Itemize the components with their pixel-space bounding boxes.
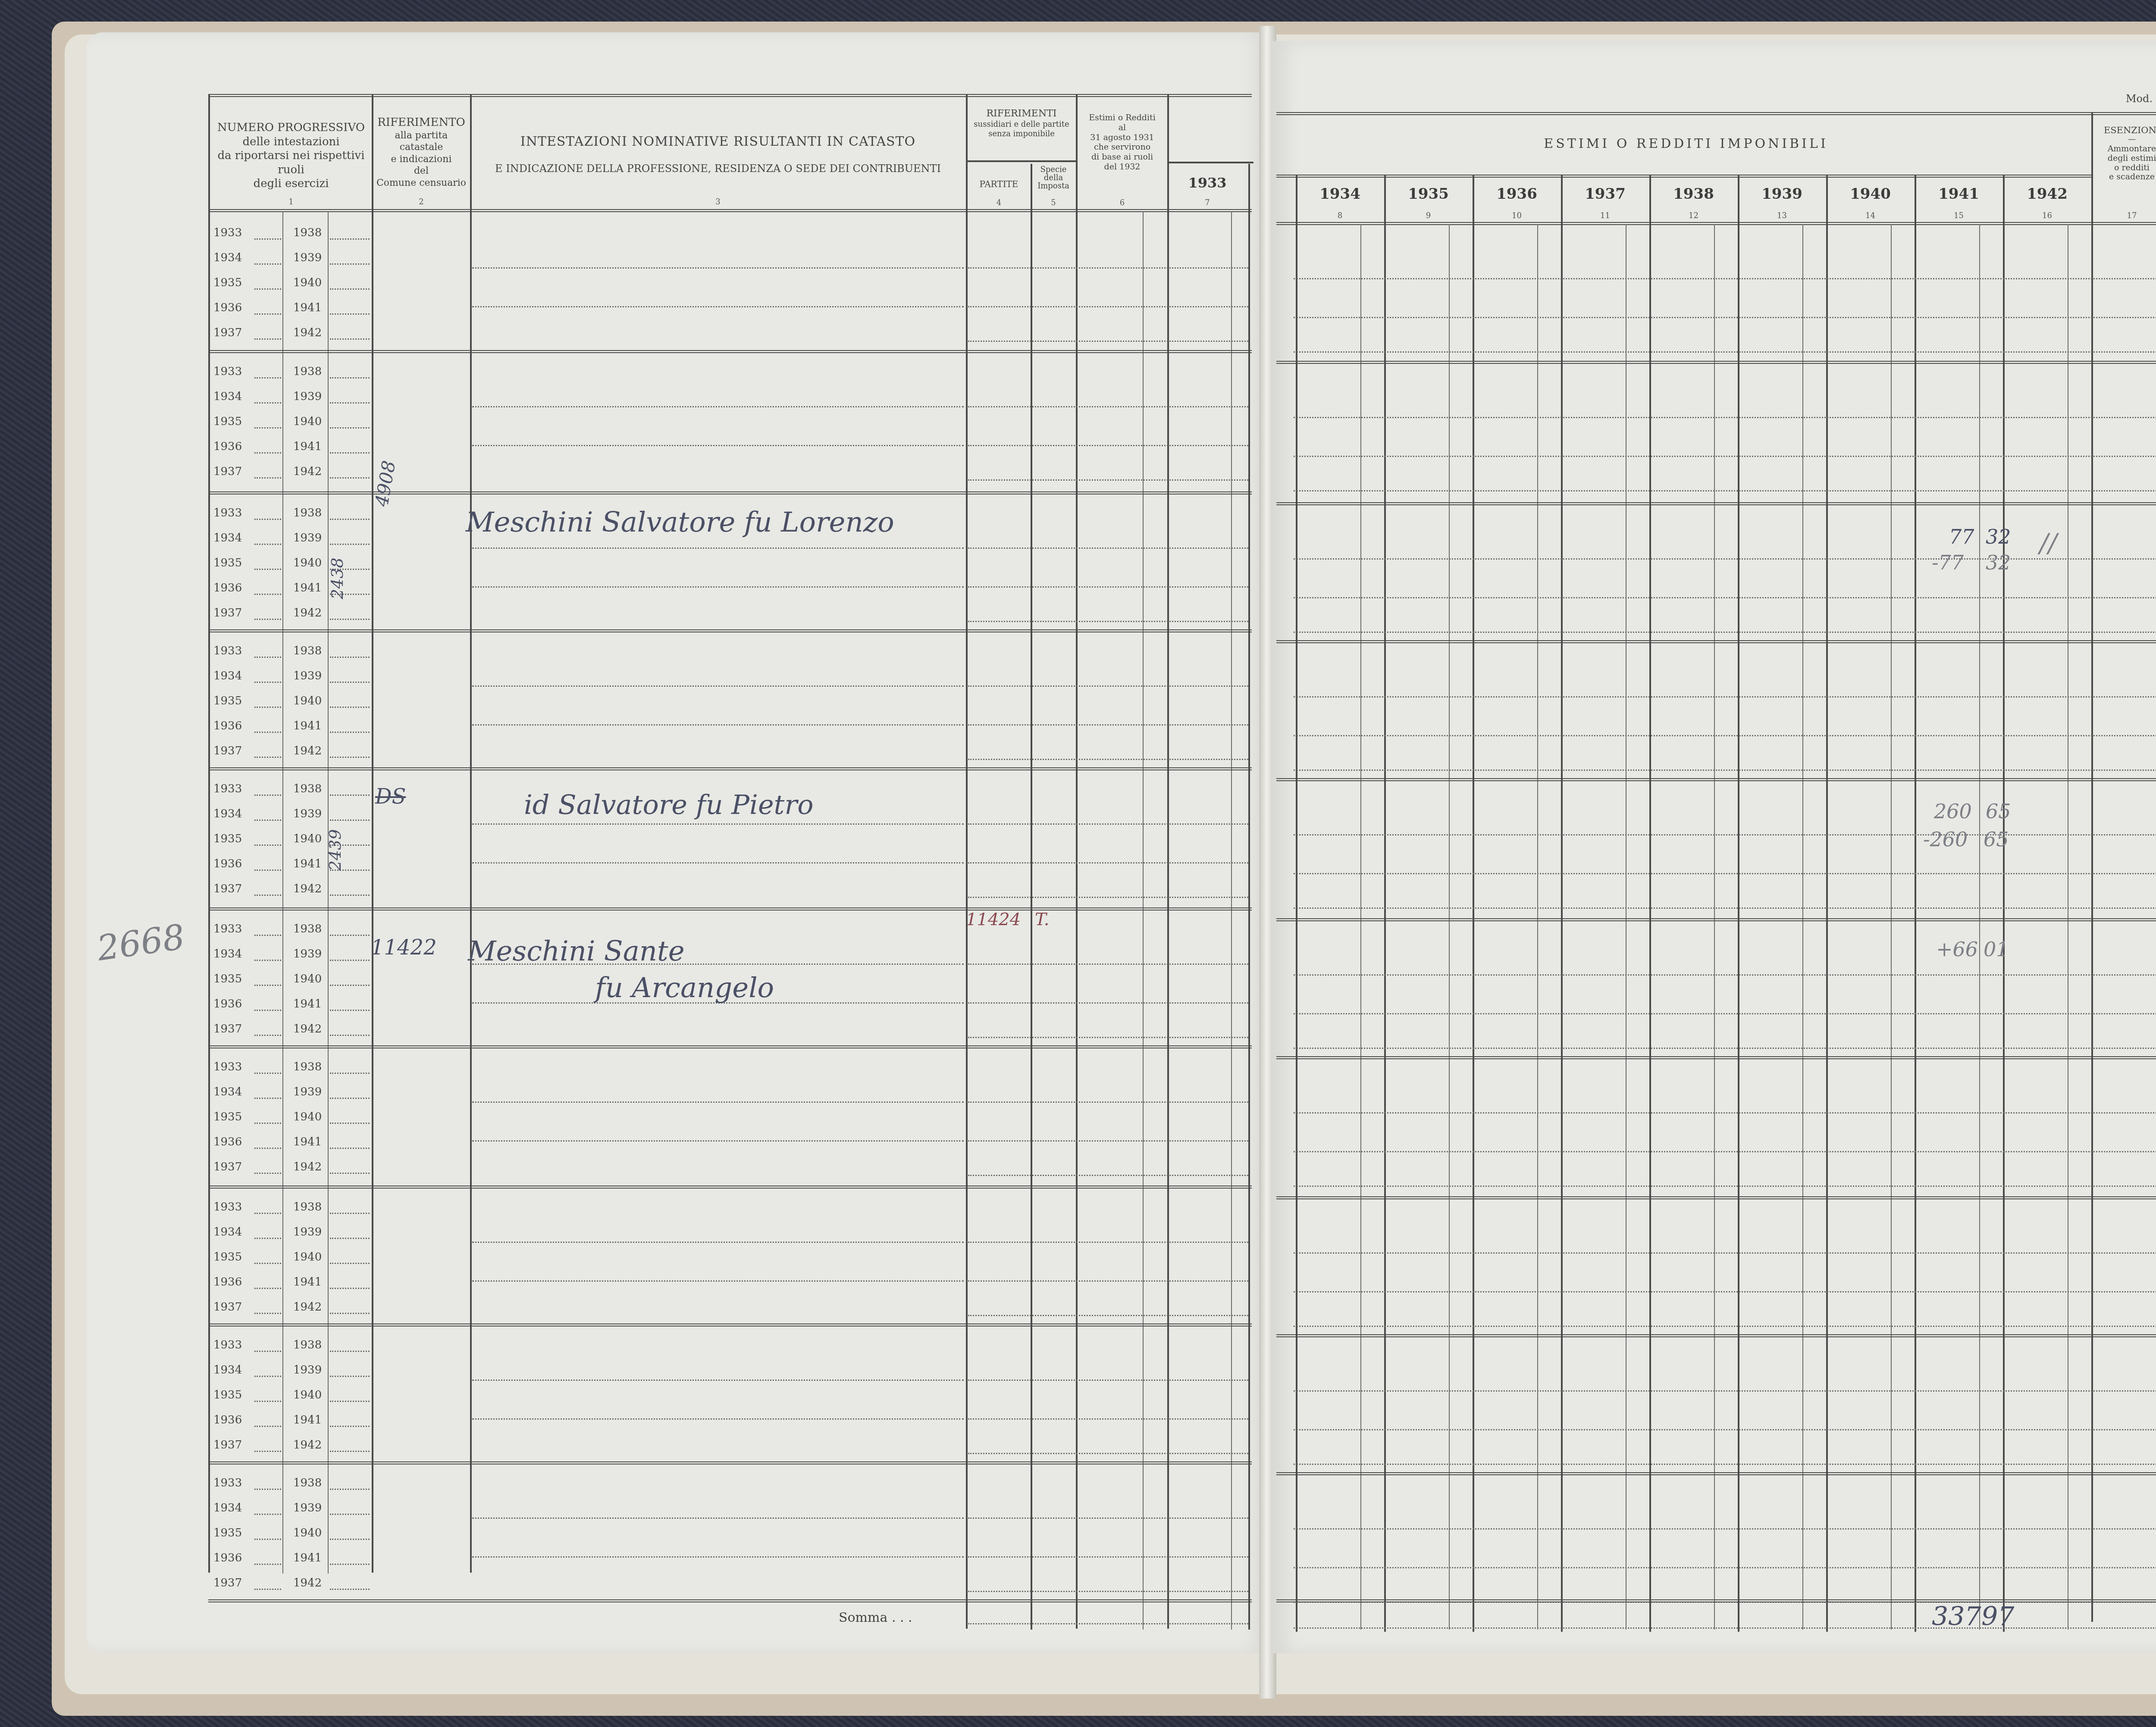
- cent-subcol-sep: [1537, 224, 1538, 1630]
- column-number: 6: [1078, 198, 1166, 207]
- year-label-left: 1934: [213, 948, 242, 960]
- value-dotted-line: [1294, 278, 2156, 279]
- year-label-right: 1940: [293, 557, 322, 569]
- year-label-right: 1942: [293, 1023, 322, 1036]
- dotted-fill: [330, 757, 370, 758]
- entry-correction-1941-lire: -77: [1932, 551, 1964, 574]
- column-number: 14: [1826, 211, 1915, 220]
- value-dotted-line: [968, 1140, 1248, 1142]
- col-sep: [2003, 175, 2005, 1632]
- block-separator: [1276, 1056, 2156, 1059]
- year-label-right: 1941: [293, 582, 322, 594]
- dotted-fill: [330, 1098, 370, 1099]
- dotted-fill: [330, 402, 370, 404]
- entry-progressive-note: 2439: [326, 829, 345, 871]
- table-bottom-border: [1276, 1599, 2156, 1602]
- year-label-right: 1938: [293, 644, 322, 657]
- block-separator: [1276, 778, 2156, 781]
- year-label-left: 1937: [213, 882, 242, 895]
- value-dotted-line: [968, 862, 1248, 863]
- entry-name: Meschini Sante: [468, 935, 685, 967]
- dotted-fill: [254, 845, 281, 846]
- column-number: 7: [1169, 198, 1246, 207]
- dotted-fill: [330, 1426, 370, 1427]
- somma-dotted-line: [968, 1623, 1248, 1624]
- name-dotted-line: [472, 306, 964, 307]
- year-label-left: 1933: [213, 1061, 242, 1073]
- year-label-left: 1936: [213, 582, 242, 594]
- block-separator: [1276, 1472, 2156, 1475]
- dotted-fill: [330, 1313, 370, 1314]
- col-sep: [1296, 175, 1297, 1632]
- value-dotted-line: [968, 1380, 1248, 1381]
- value-dotted-line: [1294, 1252, 2156, 1254]
- header-year-1939: 1939: [1738, 185, 1826, 203]
- dotted-fill: [254, 1173, 281, 1174]
- value-dotted-line: [1294, 417, 2156, 418]
- dotted-fill: [254, 1148, 281, 1149]
- dotted-fill: [330, 1173, 370, 1174]
- value-dotted-line: [968, 479, 1248, 481]
- year-label-right: 1939: [293, 948, 322, 960]
- dotted-fill: [254, 452, 281, 454]
- dotted-fill: [254, 402, 281, 404]
- year-label-right: 1940: [293, 1527, 322, 1539]
- block-separator: [208, 350, 1252, 353]
- dotted-fill: [330, 682, 370, 683]
- header-year-1940: 1940: [1826, 185, 1915, 203]
- year-label-right: 1939: [293, 807, 322, 820]
- year-label-right: 1939: [293, 251, 322, 264]
- year-label-left: 1935: [213, 276, 242, 289]
- value-dotted-line: [1294, 1429, 2156, 1430]
- dotted-fill: [254, 707, 281, 708]
- cent-subcol-sep: [1360, 224, 1361, 1630]
- dotted-fill: [330, 1148, 370, 1149]
- dotted-fill: [254, 569, 281, 570]
- block-separator: [208, 1461, 1252, 1464]
- dotted-fill: [330, 452, 370, 454]
- block-separator: [1276, 918, 2156, 921]
- entry-correction-1941-cent: 32: [1986, 551, 2011, 574]
- table-top-border: [1276, 112, 2156, 115]
- value-dotted-line: [1294, 873, 2156, 874]
- year-label-left: 1933: [213, 507, 242, 519]
- dotted-fill: [330, 288, 370, 290]
- dotted-fill: [254, 1073, 281, 1074]
- block-separator: [1276, 502, 2156, 505]
- dotted-fill: [254, 338, 281, 340]
- year-label-left: 1936: [213, 1276, 242, 1289]
- year-label-left: 1937: [213, 1439, 242, 1452]
- dotted-fill: [330, 960, 370, 961]
- year-label-left: 1937: [213, 745, 242, 757]
- year-label-left: 1936: [213, 1136, 242, 1148]
- dotted-fill: [254, 1035, 281, 1036]
- name-dotted-line: [472, 823, 964, 825]
- dotted-fill: [330, 377, 370, 379]
- col-sep: [2091, 113, 2093, 1622]
- value-dotted-line: [1294, 735, 2156, 736]
- value-dotted-line: [968, 1418, 1248, 1420]
- value-dotted-line: [1294, 770, 2156, 771]
- name-dotted-line: [472, 862, 964, 863]
- dotted-fill: [330, 1401, 370, 1402]
- year-label-right: 1938: [293, 1201, 322, 1214]
- value-dotted-line: [1294, 351, 2156, 353]
- value-dotted-line: [968, 1175, 1248, 1176]
- dotted-fill: [254, 1010, 281, 1011]
- dotted-fill: [330, 313, 370, 315]
- dotted-fill: [254, 1123, 281, 1124]
- col-sep: [1826, 175, 1828, 1632]
- dotted-fill: [254, 1451, 281, 1452]
- entry-name: Meschini Salvatore fu Lorenzo: [466, 507, 894, 538]
- dotted-fill: [330, 1514, 370, 1515]
- year-label-right: 1942: [293, 465, 322, 478]
- column-number: 9: [1384, 211, 1473, 220]
- year-label-left: 1936: [213, 1552, 242, 1564]
- entry-name-line2: fu Arcangelo: [595, 972, 774, 1004]
- dotted-fill: [330, 1010, 370, 1011]
- dotted-fill: [330, 1213, 370, 1214]
- value-dotted-line: [968, 1242, 1248, 1243]
- year-label-right: 1942: [293, 1301, 322, 1314]
- value-dotted-line: [1294, 317, 2156, 318]
- year-label-left: 1937: [213, 607, 242, 619]
- name-dotted-line: [472, 1517, 964, 1519]
- entry-value-1941-lire: 260: [1934, 800, 1972, 823]
- value-dotted-line: [1294, 1291, 2156, 1292]
- value-dotted-line: [968, 1280, 1248, 1282]
- year-label-left: 1935: [213, 695, 242, 707]
- dotted-fill: [330, 619, 370, 620]
- value-dotted-line: [1294, 1567, 2156, 1568]
- dotted-fill: [254, 1288, 281, 1289]
- name-dotted-line: [472, 1280, 964, 1282]
- year-label-left: 1936: [213, 857, 242, 870]
- value-dotted-line: [968, 759, 1248, 760]
- column-number: 17: [2093, 211, 2156, 220]
- entry-ref-specie: T.: [1035, 910, 1050, 929]
- dotted-fill: [254, 795, 281, 796]
- cent-subcol-sep: [2068, 224, 2068, 1630]
- dotted-fill: [330, 732, 370, 733]
- value-dotted-line: [968, 1556, 1248, 1558]
- annotation-mark: //: [2040, 528, 2057, 558]
- column-number: 10: [1473, 211, 1561, 220]
- dotted-fill: [330, 1035, 370, 1036]
- value-dotted-line: [968, 406, 1248, 407]
- header-year-1941: 1941: [1915, 185, 2003, 203]
- col-sep: [1248, 164, 1250, 1630]
- dotted-fill: [330, 935, 370, 936]
- year-label-right: 1939: [293, 390, 322, 403]
- year-label-right: 1938: [293, 226, 322, 239]
- value-dotted-line: [1294, 597, 2156, 598]
- dotted-fill: [330, 820, 370, 821]
- year-label-left: 1935: [213, 557, 242, 569]
- entry-correction-1941-cent: 65: [1984, 828, 2009, 851]
- year-label-right: 1941: [293, 1414, 322, 1427]
- dotted-fill: [330, 1123, 370, 1124]
- dotted-fill: [330, 1238, 370, 1239]
- dotted-fill: [254, 1589, 281, 1590]
- block-separator: [208, 1045, 1252, 1048]
- year-label-right: 1941: [293, 1552, 322, 1564]
- year-label-right: 1942: [293, 607, 322, 619]
- value-dotted-line: [968, 1517, 1248, 1519]
- block-separator: [208, 1186, 1252, 1189]
- value-dotted-line: [1294, 456, 2156, 457]
- year-label-right: 1938: [293, 1061, 322, 1073]
- value-dotted-line: [968, 1591, 1248, 1592]
- dotted-fill: [254, 1098, 281, 1099]
- dotted-fill: [330, 1351, 370, 1352]
- dotted-fill: [254, 1489, 281, 1490]
- header-bottom-border: [208, 209, 1252, 212]
- name-dotted-line: [472, 548, 964, 549]
- dotted-fill: [254, 1539, 281, 1540]
- section-title-estimi: ESTIMI O REDDITI IMPONIBILI: [1285, 136, 2087, 152]
- name-dotted-line: [472, 406, 964, 407]
- column-number: 3: [472, 197, 964, 206]
- col7-divider: [1167, 162, 1253, 163]
- dotted-fill: [330, 1451, 370, 1452]
- value-dotted-line: [1294, 907, 2156, 909]
- value-dotted-line: [1294, 1464, 2156, 1465]
- entry-ref-partite: 11424: [966, 910, 1021, 929]
- cent-subcol-sep: [1802, 224, 1803, 1630]
- year-label-left: 1935: [213, 415, 242, 428]
- value-dotted-line: [968, 621, 1248, 622]
- dotted-fill: [330, 795, 370, 796]
- dotted-fill: [254, 1313, 281, 1314]
- cent-subcol-sep: [1449, 224, 1450, 1630]
- dotted-fill: [254, 1564, 281, 1565]
- block-separator: [1276, 361, 2156, 364]
- dotted-fill: [330, 544, 370, 545]
- years-top-border: [1276, 175, 2091, 178]
- block-separator: [208, 1323, 1252, 1327]
- entry-progressive-note: 2438: [328, 557, 347, 599]
- value-dotted-line: [968, 1453, 1248, 1454]
- value-dotted-line: [1294, 1013, 2156, 1014]
- year-label-left: 1937: [213, 465, 242, 478]
- year-label-right: 1942: [293, 1577, 322, 1589]
- header-riferimento: RIFERIMENTO alla partita catastale e ind…: [373, 116, 469, 189]
- dotted-fill: [254, 1351, 281, 1352]
- column-number: 8: [1296, 211, 1384, 220]
- dotted-fill: [330, 1073, 370, 1074]
- somma-1941-lire: 337: [1932, 1602, 1981, 1632]
- header-riferimenti-sussidiari: RIFERIMENTI sussidiari e delle partite s…: [968, 108, 1075, 139]
- value-dotted-line: [1294, 1390, 2156, 1392]
- somma-dotted-line: [1294, 1627, 2156, 1629]
- block-separator: [208, 491, 1252, 494]
- year-label-right: 1940: [293, 1111, 322, 1123]
- year-label-right: 1942: [293, 326, 322, 339]
- header-intestazioni: INTESTAZIONI NOMINATIVE RISULTANTI IN CA…: [472, 134, 964, 175]
- value-dotted-line: [1294, 1326, 2156, 1327]
- year-label-left: 1934: [213, 251, 242, 264]
- dotted-fill: [254, 263, 281, 265]
- dotted-fill: [330, 1539, 370, 1540]
- entry-correction-1941-lire: -260: [1923, 828, 1968, 851]
- year-label-right: 1939: [293, 670, 322, 682]
- value-dotted-line: [1294, 834, 2156, 835]
- col-sep: [1649, 175, 1651, 1632]
- value-dotted-line: [968, 897, 1248, 898]
- value-dotted-line: [1294, 1186, 2156, 1187]
- dotted-fill: [330, 1564, 370, 1565]
- dotted-fill: [254, 377, 281, 379]
- entry-name: id Salvatore fu Pietro: [524, 789, 813, 820]
- table-top-border: [208, 94, 1252, 97]
- dotted-fill: [330, 338, 370, 340]
- col-sep: [1384, 175, 1386, 1632]
- year-label-left: 1936: [213, 720, 242, 732]
- name-dotted-line: [472, 724, 964, 726]
- block-separator: [208, 907, 1252, 910]
- dotted-fill: [254, 1426, 281, 1427]
- col-sep: [1473, 175, 1474, 1632]
- year-label-right: 1939: [293, 1226, 322, 1239]
- header-year-1937: 1937: [1561, 185, 1649, 203]
- year-label-left: 1936: [213, 998, 242, 1011]
- column-number: 2: [373, 197, 469, 206]
- header-year-1935: 1935: [1384, 185, 1473, 203]
- entry-value-1941-lire: 77: [1949, 525, 1974, 548]
- col-sep: [1561, 175, 1563, 1632]
- column-number: 11: [1561, 211, 1649, 220]
- cent-subcol-sep: [1979, 224, 1980, 1630]
- column-number: 15: [1915, 211, 2003, 220]
- dotted-fill: [254, 238, 281, 240]
- name-dotted-line: [472, 1380, 964, 1381]
- dotted-fill: [254, 960, 281, 961]
- value-dotted-line: [1294, 558, 2156, 560]
- year-label-left: 1933: [213, 1477, 242, 1489]
- year-label-right: 1941: [293, 998, 322, 1011]
- year-label-right: 1940: [293, 1251, 322, 1264]
- value-dotted-line: [968, 267, 1248, 269]
- year-label-right: 1940: [293, 695, 322, 707]
- year-label-right: 1940: [293, 276, 322, 289]
- block-separator: [1276, 640, 2156, 643]
- value-dotted-line: [1294, 1048, 2156, 1049]
- somma-label: Somma . . .: [839, 1610, 912, 1625]
- entry-value-1941-cent: 65: [1986, 800, 2011, 823]
- value-dotted-line: [968, 548, 1248, 549]
- year-label-left: 1936: [213, 440, 242, 453]
- dotted-fill: [254, 820, 281, 821]
- year-label-left: 1934: [213, 1226, 242, 1239]
- dotted-fill: [330, 707, 370, 708]
- year-label-right: 1940: [293, 973, 322, 986]
- dotted-fill: [254, 619, 281, 620]
- value-dotted-line: [968, 1002, 1248, 1004]
- dotted-fill: [254, 477, 281, 479]
- name-dotted-line: [472, 1418, 964, 1420]
- name-dotted-line: [472, 586, 964, 588]
- year-label-left: 1934: [213, 1502, 242, 1514]
- column-number: 4: [968, 198, 1030, 207]
- subcol-sep: [328, 211, 329, 1574]
- form-code-label: Mod. 111 - Imposte Dirette (Intercalare)…: [2126, 93, 2156, 105]
- dotted-fill: [330, 238, 370, 240]
- year-label-left: 1933: [213, 923, 242, 935]
- year-label-right: 1941: [293, 1276, 322, 1289]
- year-label-left: 1935: [213, 1527, 242, 1539]
- dotted-fill: [330, 985, 370, 986]
- header-year-1942: 1942: [2003, 185, 2091, 203]
- value-dotted-line: [1294, 1112, 2156, 1114]
- value-dotted-line: [968, 724, 1248, 726]
- year-label-right: 1938: [293, 782, 322, 795]
- riferimenti-divider: [966, 160, 1076, 162]
- entry-value-1941-cent: 01: [1984, 938, 2009, 961]
- dotted-fill: [254, 870, 281, 871]
- table-bottom-border: [208, 1599, 1252, 1602]
- name-dotted-line: [472, 1556, 964, 1558]
- entry-value-1941-cent: 32: [1986, 525, 2011, 548]
- value-dotted-line: [968, 306, 1248, 307]
- dotted-fill: [254, 288, 281, 290]
- year-label-left: 1935: [213, 1111, 242, 1123]
- year-label-left: 1937: [213, 326, 242, 339]
- dotted-fill: [254, 757, 281, 758]
- year-label-left: 1935: [213, 1251, 242, 1264]
- value-dotted-line: [1294, 632, 2156, 633]
- column-number: 1: [211, 197, 371, 206]
- dotted-fill: [254, 594, 281, 595]
- dotted-fill: [254, 895, 281, 896]
- col-sep: [1076, 94, 1078, 1629]
- year-label-left: 1933: [213, 1201, 242, 1214]
- value-dotted-line: [1294, 1151, 2156, 1152]
- header-year-1933: 1933: [1169, 175, 1246, 191]
- cent-subcol-sep: [1714, 224, 1715, 1630]
- year-label-right: 1940: [293, 415, 322, 428]
- dotted-fill: [330, 1489, 370, 1490]
- header-year-1934: 1934: [1296, 185, 1384, 203]
- dotted-fill: [254, 732, 281, 733]
- dotted-fill: [254, 544, 281, 545]
- dotted-fill: [330, 427, 370, 429]
- header-specie-imposta: Specie della Imposta: [1032, 166, 1075, 191]
- value-dotted-line: [968, 964, 1248, 965]
- name-dotted-line: [472, 1242, 964, 1243]
- year-label-right: 1942: [293, 1439, 322, 1452]
- year-label-left: 1934: [213, 390, 242, 403]
- year-label-right: 1938: [293, 923, 322, 935]
- year-label-left: 1933: [213, 226, 242, 239]
- year-label-left: 1933: [213, 365, 242, 378]
- block-separator: [1276, 1334, 2156, 1337]
- year-label-right: 1941: [293, 301, 322, 314]
- year-label-right: 1942: [293, 1161, 322, 1173]
- col-sep: [966, 94, 968, 1629]
- value-dotted-line: [968, 1101, 1248, 1103]
- year-label-left: 1937: [213, 1577, 242, 1589]
- year-label-left: 1935: [213, 1389, 242, 1402]
- column-number: 12: [1649, 211, 1738, 220]
- dotted-fill: [254, 1213, 281, 1214]
- value-dotted-line: [1294, 974, 2156, 976]
- column-number: 5: [1032, 198, 1075, 207]
- value-dotted-line: [968, 341, 1248, 342]
